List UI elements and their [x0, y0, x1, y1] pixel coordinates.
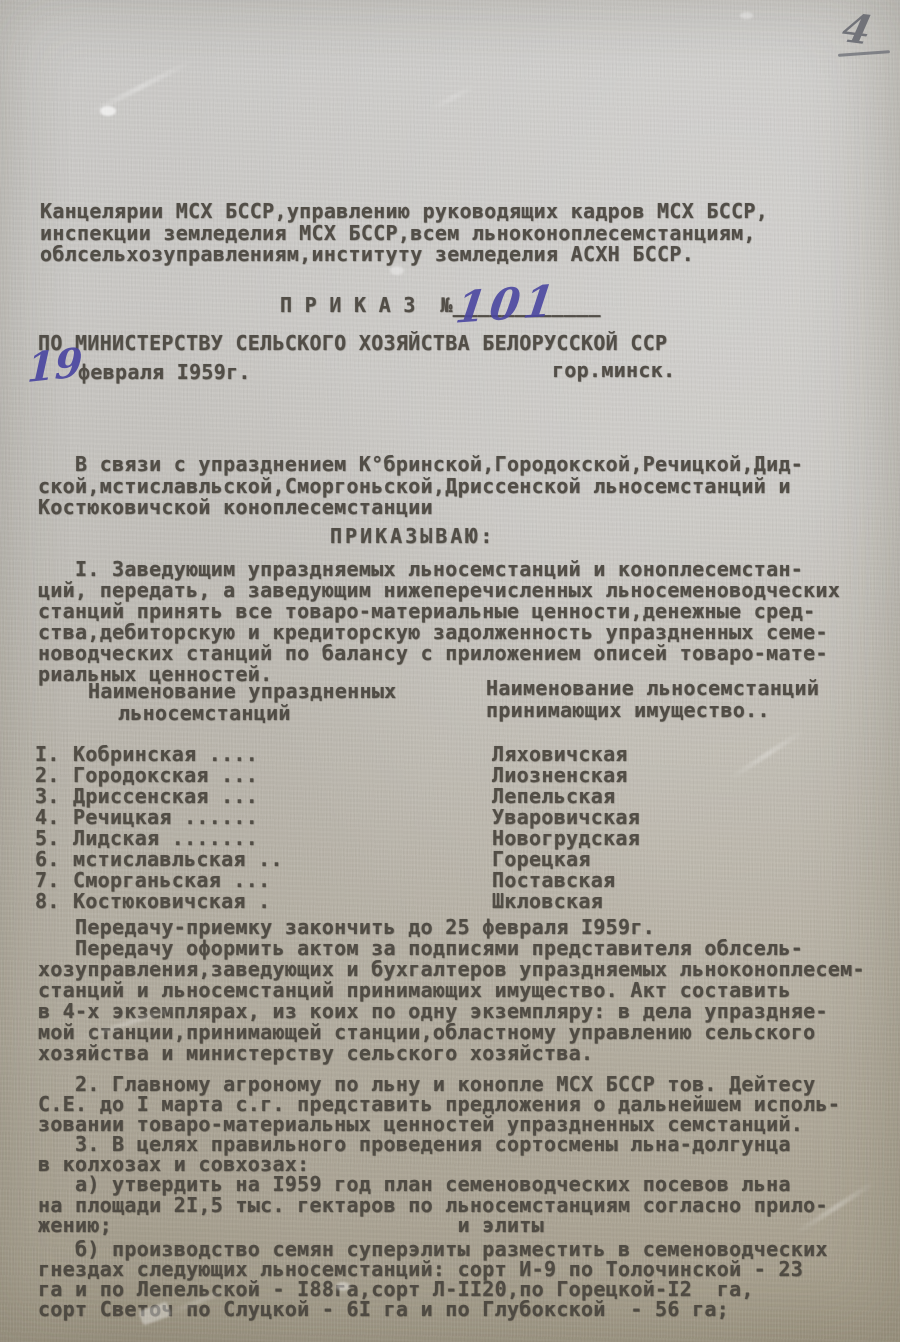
item2-line: 2. Главному агроному по льну и конопле М…	[38, 1074, 840, 1094]
receiving-station: Новогрудская	[492, 828, 640, 849]
item3b-line: га и по Лепельской - I88га,сорт Л-II20,п…	[38, 1279, 828, 1299]
table-row: 4.Речицкая ......Уваровичская	[35, 807, 283, 828]
table-left-header-line: льносемстанций	[88, 703, 397, 725]
preamble-line: Костюковичской коноплесемстанции	[38, 497, 803, 519]
table-row: 7.Сморганьская ...Поставская	[35, 870, 283, 891]
scan-glare-streak	[728, 728, 806, 781]
row-number: 2.	[35, 765, 73, 786]
item1-line: ций, передать, а заведующим нижеперечисл…	[38, 580, 840, 601]
date-text: февраля I959г.	[78, 360, 251, 384]
transfer-line: хозуправления,заведующих и бухгалтеров у…	[38, 959, 865, 980]
row-number: 6.	[35, 849, 73, 870]
row-number: 5.	[35, 828, 73, 849]
item2-line: зовании товаро-материальных ценностей уп…	[38, 1114, 840, 1134]
scan-glare-streak	[430, 84, 476, 112]
item1-line: ства,дебиторскую и кредиторскую задолжен…	[38, 622, 840, 643]
table-right-header-line: Наименование льносемстанций	[486, 678, 819, 700]
receiving-station: Лепельская	[492, 786, 615, 807]
transfer-line: Передачу-приемку закончить до 25 февраля…	[38, 917, 865, 938]
item2-line: С.Е. до I марта с.г. представить предлож…	[38, 1094, 840, 1114]
receiving-station: Горецкая	[492, 849, 591, 870]
row-number: 7.	[35, 870, 73, 891]
address-line: инспекции земледелия МСХ БССР,всем льнок…	[40, 223, 768, 245]
item3-line: в колхозах и совхозах:	[38, 1154, 791, 1174]
item1-block: I. Заведующим упраздняемых льносемстанци…	[38, 559, 840, 685]
stations-table: I.Кобринская ....Ляховичская 2.Городокск…	[35, 744, 283, 912]
handwritten-date-day: 19	[26, 339, 83, 392]
resolution-word: ПРИКАЗЫВАЮ:	[330, 524, 495, 548]
scan-glare-speck	[740, 12, 753, 19]
ministry-line-text: ПО МИНИСТЕРСТВУ СЕЛЬСКОГО ХОЗЯЙСТВА БЕЛО…	[38, 331, 667, 355]
scan-glare-speck	[390, 266, 404, 275]
table-row: 2.Городокская ...Лиозненская	[35, 765, 283, 786]
table-right-header-line: принимающих имущество..	[486, 700, 819, 722]
scan-glare-speck	[100, 106, 116, 116]
receiving-station: Шкловская	[492, 891, 603, 912]
item3a-line: на площади 2I,5 тыс. гектаров по льносем…	[38, 1195, 828, 1216]
address-line: облсельхозуправлениям,институту земледел…	[40, 244, 768, 266]
receiving-station: Уваровичская	[492, 807, 640, 828]
address-block: Канцелярии МСХ БССР,управлению руководящ…	[40, 201, 768, 266]
preamble-line: ской,мстиславльской,Сморгоньской,Дриссен…	[38, 476, 803, 498]
item3b-line: б) производство семян суперэлиты размест…	[38, 1239, 828, 1259]
item3a-line: а) утвердить на I959 год план семеноводч…	[38, 1174, 828, 1195]
receiving-station: Лиозненская	[492, 765, 628, 786]
table-left-header-line: Наименование упраздненных	[88, 681, 397, 703]
transfer-line: станций и льносемстанций принимающих иму…	[38, 980, 865, 1001]
handwritten-page-number: 4	[838, 5, 876, 54]
table-row: 3.Дриссенская ...Лепельская	[35, 786, 283, 807]
row-number: 3.	[35, 786, 73, 807]
table-right-header: Наименование льносемстанций принимающих …	[486, 678, 819, 721]
scanned-order-document: 4 Канцелярии МСХ БССР,управлению руковод…	[0, 0, 900, 1342]
address-line: Канцелярии МСХ БССР,управлению руководящ…	[40, 201, 768, 223]
abolished-station: Костюковичская .	[73, 889, 270, 913]
preamble-block: В связи с упразднением К°бринской,Городо…	[38, 454, 803, 519]
transfer-line: хозяйства и министерству сельского хозяй…	[38, 1043, 865, 1064]
transfer-line: мой станции,принимающей станции,областно…	[38, 1022, 865, 1043]
row-number: 8.	[35, 891, 73, 912]
table-row: I.Кобринская ....Ляховичская	[35, 744, 283, 765]
transfer-block: Передачу-приемку закончить до 25 февраля…	[38, 917, 865, 1064]
scan-glare-speck	[336, 1282, 350, 1291]
receiving-station: Поставская	[492, 870, 615, 891]
table-row: 5.Лидская .......Новогрудская	[35, 828, 283, 849]
preamble-line: В связи с упразднением К°бринской,Городо…	[38, 454, 803, 476]
item3-block: 3. В целях правильного проведения сортос…	[38, 1134, 791, 1174]
table-left-header: Наименование упраздненных льносемстанций	[88, 681, 397, 724]
item1-line: станций принять все товаро-материальные …	[38, 601, 840, 622]
item3a-line: жению; и элиты	[38, 1215, 828, 1236]
ministry-line: ПО МИНИСТЕРСТВУ СЕЛЬСКОГО ХОЗЯЙСТВА БЕЛО…	[38, 331, 667, 355]
city-label: гор.минск.	[552, 358, 675, 382]
item2-block: 2. Главному агроному по льну и конопле М…	[38, 1074, 840, 1134]
city-text: гор.минск.	[552, 358, 675, 382]
transfer-line: Передачу оформить актом за подписями пре…	[38, 938, 865, 959]
table-row: 6.мстиславльская ..Горецкая	[35, 849, 283, 870]
receiving-station: Ляховичская	[492, 744, 628, 765]
item3a-block: а) утвердить на I959 год план семеноводч…	[38, 1174, 828, 1236]
row-number: 4.	[35, 807, 73, 828]
row-number: I.	[35, 744, 73, 765]
table-row: 8.Костюковичская .Шкловская	[35, 891, 283, 912]
handwritten-order-number: 101	[453, 276, 562, 334]
item1-line: новодческих станций по балансу с приложе…	[38, 643, 840, 664]
item3b-line: гнездах следующих льносемстанций: сорт И…	[38, 1259, 828, 1279]
resolution-word-text: ПРИКАЗЫВАЮ:	[330, 524, 495, 548]
item3-line: 3. В целях правильного проведения сортос…	[38, 1134, 791, 1154]
date-rest: февраля I959г.	[78, 360, 251, 384]
item1-line: I. Заведующим упраздняемых льносемстанци…	[38, 559, 840, 580]
